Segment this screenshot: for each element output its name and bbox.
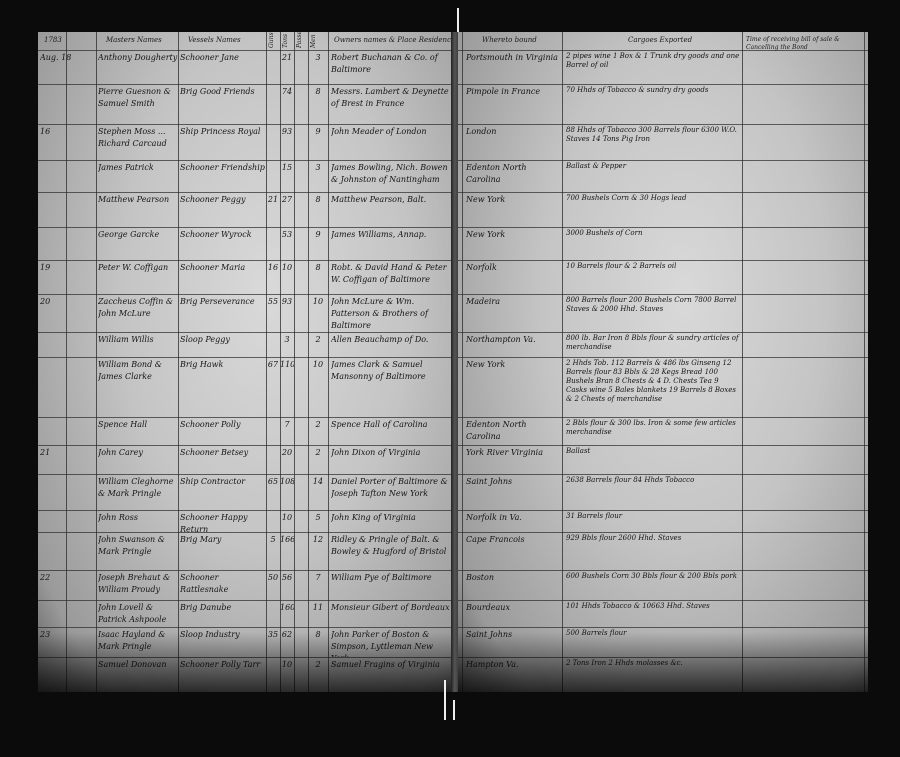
where-bound-value: New York	[466, 194, 560, 227]
tons-value: 53	[280, 229, 294, 260]
row-rule	[458, 417, 868, 418]
men-value: 8	[308, 194, 328, 227]
vessel-name: Schooner Rattlesnake	[180, 572, 266, 600]
vessel-name: Schooner Jane	[180, 52, 266, 84]
tons-value: 56	[280, 572, 294, 600]
row-rule	[38, 294, 453, 295]
where-bound-value: Cape Francois	[466, 534, 560, 570]
column-rule	[742, 32, 743, 692]
cargo-value: 2 Hhds Tob. 112 Barrels & 486 lbs Ginsen…	[566, 359, 740, 417]
guns-value	[266, 229, 280, 260]
where-bound-value: London	[466, 126, 560, 160]
header-cargoes: Cargoes Exported	[628, 36, 692, 44]
master-name: Pierre Guesnon & Samuel Smith	[98, 86, 178, 124]
master-name: John Carey	[98, 447, 178, 474]
row-date	[40, 359, 94, 417]
header-year: 1783	[44, 36, 62, 44]
row-rule	[38, 124, 453, 125]
master-name: Peter W. Coffigan	[98, 262, 178, 294]
tons-value: 3	[280, 334, 294, 357]
cargo-value: 929 Bbls flour 2600 Hhd. Staves	[566, 534, 740, 570]
master-name: John Swanson & Mark Pringle	[98, 534, 178, 570]
column-rule	[96, 32, 97, 692]
row-rule	[458, 332, 868, 333]
vessel-name: Schooner Polly	[180, 419, 266, 445]
men-value: 3	[308, 162, 328, 192]
row-rule	[458, 192, 868, 193]
vessel-name: Schooner Happy Return	[180, 512, 266, 532]
row-date	[40, 162, 94, 192]
row-date	[40, 229, 94, 260]
tons-value: 21	[280, 52, 294, 84]
column-rule	[462, 32, 463, 692]
header-guns: Guns	[268, 32, 275, 48]
owners-value: Spence Hall of Carolina	[331, 419, 451, 445]
page-shadow	[458, 632, 868, 692]
row-date	[40, 419, 94, 445]
row-rule	[458, 260, 868, 261]
master-name: Spence Hall	[98, 419, 178, 445]
vessel-name: Sloop Peggy	[180, 334, 266, 357]
men-value: 5	[308, 512, 328, 532]
where-bound-value: Edenton North Carolina	[466, 419, 560, 445]
master-name: James Patrick	[98, 162, 178, 192]
tons-value: 74	[280, 86, 294, 124]
row-rule	[38, 532, 453, 533]
master-name: Zaccheus Coffin & John McLure	[98, 296, 178, 332]
vessel-name: Brig Hawk	[180, 359, 266, 417]
men-value: 11	[308, 602, 328, 627]
column-rule	[178, 32, 179, 692]
cargo-value: Ballast	[566, 447, 740, 474]
header-where-bound: Whereto bound	[482, 36, 537, 44]
vessel-name: Schooner Maria	[180, 262, 266, 294]
row-rule	[458, 227, 868, 228]
header-tons: Tons	[282, 34, 289, 48]
where-bound-value: Madeira	[466, 296, 560, 332]
row-date	[40, 194, 94, 227]
master-name: Matthew Pearson	[98, 194, 178, 227]
owners-value: John King of Virginia	[331, 512, 451, 532]
tons-value: 160	[280, 602, 294, 627]
row-rule	[458, 474, 868, 475]
right-page: Whereto boundCargoes ExportedTime of rec…	[458, 32, 868, 692]
tons-value: 166	[280, 534, 294, 570]
where-bound-value: York River Virginia	[466, 447, 560, 474]
header-masters: Masters Names	[106, 36, 162, 44]
men-value: 2	[308, 334, 328, 357]
vessel-name: Schooner Wyrock	[180, 229, 266, 260]
men-value: 14	[308, 476, 328, 510]
column-rule	[294, 32, 295, 692]
tons-value: 27	[280, 194, 294, 227]
row-rule	[38, 160, 453, 161]
left-page: 1783Masters NamesVessels NamesGunsTonsPa…	[38, 32, 453, 692]
header-vessels: Vessels Names	[188, 36, 241, 44]
guns-value	[266, 162, 280, 192]
guns-value	[266, 447, 280, 474]
cargo-value: 101 Hhds Tobacco & 10663 Hhd. Staves	[566, 602, 740, 627]
column-rule	[328, 32, 329, 692]
cargo-value: 800 Barrels flour 200 Bushels Corn 7800 …	[566, 296, 740, 332]
tons-value: 20	[280, 447, 294, 474]
row-rule	[458, 445, 868, 446]
row-rule	[38, 332, 453, 333]
row-date: 22	[40, 572, 94, 600]
row-rule	[38, 600, 453, 601]
guns-value	[266, 602, 280, 627]
row-rule	[38, 260, 453, 261]
row-rule	[38, 445, 453, 446]
vessel-name: Brig Danube	[180, 602, 266, 627]
where-bound-value: Portsmouth in Virginia	[466, 52, 560, 84]
owners-value: Daniel Porter of Baltimore & Joseph Taft…	[331, 476, 451, 510]
guns-value	[266, 126, 280, 160]
cargo-value: 88 Hhds of Tobacco 300 Barrels flour 630…	[566, 126, 740, 160]
guns-value	[266, 419, 280, 445]
cargo-value: 700 Bushels Corn & 30 Hogs lead	[566, 194, 740, 227]
ledger-spread: 1783Masters NamesVessels NamesGunsTonsPa…	[38, 32, 868, 692]
cargo-value: 600 Bushels Corn 30 Bbls flour & 200 Bbl…	[566, 572, 740, 600]
men-value: 10	[308, 296, 328, 332]
cargo-value: 31 Barrels flour	[566, 512, 740, 532]
scan-marker-bottom-right	[453, 700, 455, 720]
guns-value	[266, 86, 280, 124]
tons-value: 93	[280, 296, 294, 332]
owners-value: Allen Beauchamp of Do.	[331, 334, 451, 357]
row-date: 20	[40, 296, 94, 332]
row-date	[40, 512, 94, 532]
master-name: George Garcke	[98, 229, 178, 260]
row-rule	[38, 474, 453, 475]
row-rule	[38, 192, 453, 193]
where-bound-value: Northampton Va.	[466, 334, 560, 357]
owners-value: James Williams, Annap.	[331, 229, 451, 260]
tons-value: 10	[280, 512, 294, 532]
owners-value: James Bowling, Nich. Bowen & Johnston of…	[331, 162, 451, 192]
row-date: 21	[40, 447, 94, 474]
where-bound-value: Saint Johns	[466, 476, 560, 510]
owners-value: John McLure & Wm. Patterson & Brothers o…	[331, 296, 451, 332]
vessel-name: Brig Good Friends	[180, 86, 266, 124]
master-name: Joseph Brehaut & William Proudy	[98, 572, 178, 600]
row-date	[40, 476, 94, 510]
where-bound-value: Edenton North Carolina	[466, 162, 560, 192]
row-rule	[38, 510, 453, 511]
guns-value: 65	[266, 476, 280, 510]
tons-value: 15	[280, 162, 294, 192]
owners-value: Messrs. Lambert & Deynette of Brest in F…	[331, 86, 451, 124]
tons-value: 7	[280, 419, 294, 445]
owners-value: James Clark & Samuel Mansonny of Baltimo…	[331, 359, 451, 417]
guns-value: 67	[266, 359, 280, 417]
where-bound-value: Boston	[466, 572, 560, 600]
master-name: John Ross	[98, 512, 178, 532]
row-rule	[458, 294, 868, 295]
owners-value: Robert Buchanan & Co. of Baltimore	[331, 52, 451, 84]
row-rule	[38, 50, 453, 51]
row-rule	[458, 124, 868, 125]
owners-value: Robt. & David Hand & Peter W. Coffigan o…	[331, 262, 451, 294]
row-date: Aug. 18	[40, 52, 94, 84]
men-value: 12	[308, 534, 328, 570]
row-date: 19	[40, 262, 94, 294]
guns-value: 55	[266, 296, 280, 332]
guns-value: 5	[266, 534, 280, 570]
tons-value: 10	[280, 262, 294, 294]
vessel-name: Brig Perseverance	[180, 296, 266, 332]
row-date	[40, 602, 94, 627]
men-value: 10	[308, 359, 328, 417]
vessel-name: Schooner Betsey	[180, 447, 266, 474]
where-bound-value: New York	[466, 359, 560, 417]
master-name: Stephen Moss ... Richard Carcaud	[98, 126, 178, 160]
tons-value: 108	[280, 476, 294, 510]
guns-value	[266, 52, 280, 84]
cargo-value: 2 Bbls flour & 300 lbs. Iron & some few …	[566, 419, 740, 445]
men-value: 9	[308, 229, 328, 260]
vessel-name: Ship Contractor	[180, 476, 266, 510]
owners-value: Matthew Pearson, Balt.	[331, 194, 451, 227]
header-passengers: Passengers	[296, 32, 303, 48]
cargo-value: Ballast & Pepper	[566, 162, 740, 192]
owners-value: William Pye of Baltimore	[331, 572, 451, 600]
cargo-value: 800 lb. Bar Iron 8 Bbls flour & sundry a…	[566, 334, 740, 357]
header-time-cancelling: Time of receiving bill of sale & Cancell…	[746, 36, 862, 52]
row-rule	[458, 627, 868, 628]
owners-value: John Meader of London	[331, 126, 451, 160]
master-name: William Willis	[98, 334, 178, 357]
row-rule	[458, 160, 868, 161]
scan-marker-bottom-left	[444, 680, 446, 720]
vessel-name: Ship Princess Royal	[180, 126, 266, 160]
men-value: 7	[308, 572, 328, 600]
header-owners: Owners names & Place Residence	[334, 36, 453, 44]
men-value: 8	[308, 86, 328, 124]
where-bound-value: New York	[466, 229, 560, 260]
tons-value: 110	[280, 359, 294, 417]
master-name: Anthony Dougherty	[98, 52, 178, 84]
where-bound-value: Norfolk in Va.	[466, 512, 560, 532]
guns-value: 50	[266, 572, 280, 600]
guns-value	[266, 334, 280, 357]
row-date	[40, 534, 94, 570]
scan-marker-top	[457, 8, 459, 32]
row-rule	[38, 84, 453, 85]
owners-value: Monsieur Gibert of Bordeaux	[331, 602, 451, 627]
master-name: William Cleghorne & Mark Pringle	[98, 476, 178, 510]
row-rule	[458, 532, 868, 533]
row-rule	[458, 570, 868, 571]
cargo-value: 3000 Bushels of Corn	[566, 229, 740, 260]
owners-value: Ridley & Pringle of Balt. & Bowley & Hug…	[331, 534, 451, 570]
vessel-name: Schooner Friendship	[180, 162, 266, 192]
where-bound-value: Norfolk	[466, 262, 560, 294]
header-men: Men	[310, 34, 317, 48]
guns-value	[266, 512, 280, 532]
men-value: 3	[308, 52, 328, 84]
owners-value: John Dixon of Virginia	[331, 447, 451, 474]
row-rule	[458, 600, 868, 601]
vessel-name: Schooner Peggy	[180, 194, 266, 227]
row-rule	[458, 357, 868, 358]
men-value: 9	[308, 126, 328, 160]
where-bound-value: Pimpole in France	[466, 86, 560, 124]
row-rule	[38, 570, 453, 571]
men-value: 2	[308, 447, 328, 474]
row-rule	[38, 417, 453, 418]
tons-value: 93	[280, 126, 294, 160]
column-rule	[562, 32, 563, 692]
guns-value: 16	[266, 262, 280, 294]
cargo-value: 10 Barrels flour & 2 Barrels oil	[566, 262, 740, 294]
master-name: William Bond & James Clarke	[98, 359, 178, 417]
row-rule	[38, 227, 453, 228]
row-rule	[458, 510, 868, 511]
cargo-value: 70 Hhds of Tobacco & sundry dry goods	[566, 86, 740, 124]
cargo-value: 2638 Barrels flour 84 Hhds Tobacco	[566, 476, 740, 510]
master-name: John Lovell & Patrick Ashpoole	[98, 602, 178, 627]
column-rule	[864, 32, 865, 692]
row-date	[40, 86, 94, 124]
men-value: 2	[308, 419, 328, 445]
page-shadow	[38, 632, 453, 692]
row-date	[40, 334, 94, 357]
row-date: 16	[40, 126, 94, 160]
row-rule	[458, 84, 868, 85]
cargo-value: 2 pipes wine 1 Box & 1 Trunk dry goods a…	[566, 52, 740, 84]
row-rule	[38, 627, 453, 628]
row-rule	[38, 357, 453, 358]
men-value: 8	[308, 262, 328, 294]
where-bound-value: Bourdeaux	[466, 602, 560, 627]
vessel-name: Brig Mary	[180, 534, 266, 570]
guns-value: 21	[266, 194, 280, 227]
